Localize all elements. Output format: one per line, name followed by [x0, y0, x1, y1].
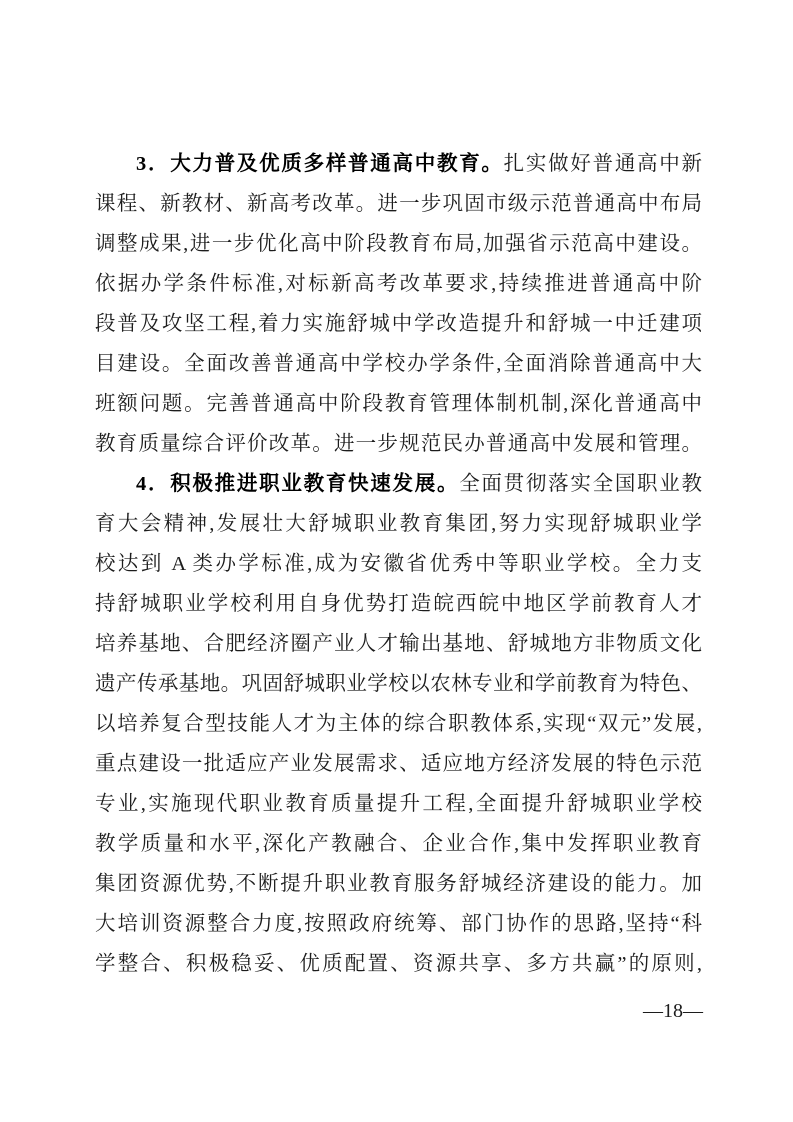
paragraph-3-line: 课程、新教材、新高考改革。进一步巩固市级示范普通高中布局 [95, 184, 702, 224]
paragraph-4-line: 育大会精神,发展壮大舒城职业教育集团,努力实现舒城职业学 [95, 504, 702, 544]
paragraph-4-line: 重点建设一批适应产业发展需求、适应地方经济发展的特色示范 [95, 744, 702, 784]
paragraph-4-line: 教学质量和水平,深化产教融合、企业合作,集中发挥职业教育 [95, 824, 702, 864]
paragraph-3-line: 依据办学条件标准,对标新高考改革要求,持续推进普通高中阶 [95, 264, 702, 304]
page-number: —18— [643, 998, 703, 1024]
paragraph-3-line: 段普及攻坚工程,着力实施舒城中学改造提升和舒城一中迁建项 [95, 304, 702, 344]
paragraph-3-first-line-text: 扎实做好普通高中新 [504, 153, 702, 175]
paragraph-4-heading: 4．积极推进职业教育快速发展。 [136, 473, 459, 495]
paragraph-3-line: 班额问题。完善普通高中阶段教育管理体制机制,深化普通高中 [95, 384, 702, 424]
paragraph-3-line: 教育质量综合评价改革。进一步规范民办普通高中发展和管理。 [95, 424, 702, 464]
paragraph-3-line: 调整成果,进一步优化高中阶段教育布局,加强省示范高中建设。 [95, 224, 702, 264]
paragraph-3-heading: 3．大力普及优质多样普通高中教育。 [136, 153, 504, 175]
body-text: 3．大力普及优质多样普通高中教育。扎实做好普通高中新 课程、新教材、新高考改革。… [95, 144, 702, 984]
paragraph-4-line: 以培养复合型技能人才为主体的综合职教体系,实现“双元”发展, [95, 704, 702, 744]
paragraph-4-first-line-text: 全面贯彻落实全国职业教 [459, 473, 702, 495]
paragraph-3-first-line: 3．大力普及优质多样普通高中教育。扎实做好普通高中新 [95, 144, 702, 184]
paragraph-4-line: 集团资源优势,不断提升职业教育服务舒城经济建设的能力。加 [95, 864, 702, 904]
paragraph-4-line: 大培训资源整合力度,按照政府统筹、部门协作的思路,坚持“科 [95, 904, 702, 944]
paragraph-4-line: 持舒城职业学校利用自身优势打造皖西皖中地区学前教育人才 [95, 584, 702, 624]
paragraph-4-first-line: 4．积极推进职业教育快速发展。全面贯彻落实全国职业教 [95, 464, 702, 504]
paragraph-4-line: 专业,实施现代职业教育质量提升工程,全面提升舒城职业学校 [95, 784, 702, 824]
paragraph-3-line: 目建设。全面改善普通高中学校办学条件,全面消除普通高中大 [95, 344, 702, 384]
paragraph-4-line: 学整合、积极稳妥、优质配置、资源共享、多方共赢”的原则, [95, 944, 702, 984]
document-page: 3．大力普及优质多样普通高中教育。扎实做好普通高中新 课程、新教材、新高考改革。… [0, 0, 793, 1122]
paragraph-4-line: 校达到 A 类办学标准,成为安徽省优秀中等职业学校。全力支 [95, 544, 702, 584]
paragraph-4-line: 培养基地、合肥经济圈产业人才输出基地、舒城地方非物质文化 [95, 624, 702, 664]
paragraph-4-line: 遗产传承基地。巩固舒城职业学校以农林专业和学前教育为特色、 [95, 664, 702, 704]
